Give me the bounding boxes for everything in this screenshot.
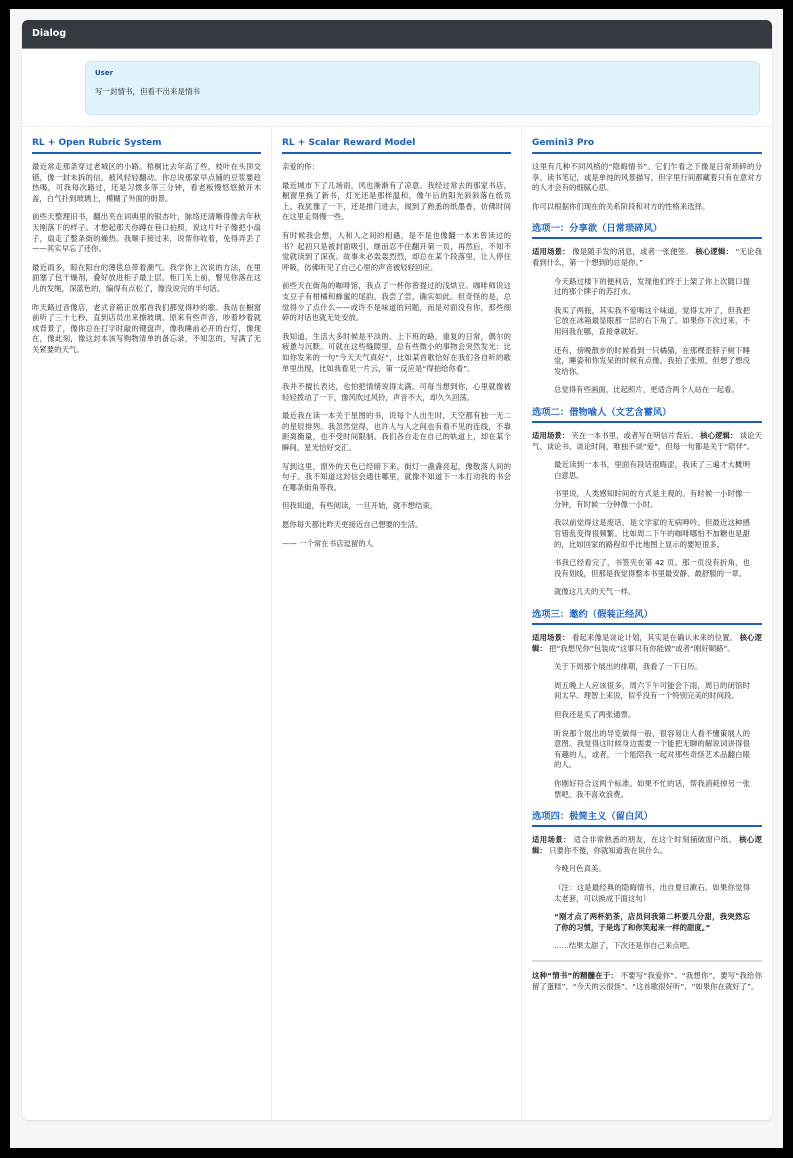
logic-text: 只要你不傻，你就知道我在说什么。	[547, 846, 668, 855]
intro-paragraph: 这里有几种不同风格的“隐晦情书”。它们乍看之下像是日常琐碎的分享、读书笔记，或是…	[532, 162, 762, 194]
scene-label: 适用场景：	[532, 431, 569, 440]
option-4-letter: 今晚月色真美。 （注：这是最经典的隐晦情书，出自夏目漱石。如果你觉得太老套，可以…	[532, 864, 762, 952]
letter-paragraph: 但我还是买了两张通票。	[554, 710, 750, 721]
summary: 这种“情书”的精髓在于： 不要写“我爱你”、“我想你”。要写“我给你留了蛋糕”、…	[532, 971, 762, 992]
option-3-title: 选项三：邀约（假装正经风）	[532, 606, 762, 625]
scene-text: 看起来像是谈论计划，其实是在确认未来的位置。	[570, 633, 738, 642]
user-label: User	[95, 69, 750, 77]
bold-quote: “刚才点了两杯奶茶，店员问我第二杯要几分甜，我突然忘了你的习惯，于是选了和你笑起…	[554, 912, 750, 933]
letter-paragraph: 总觉得有些画面，比起照片，更适合两个人站在一起看。	[554, 385, 750, 396]
paragraph: 前些天整理旧书，翻出夹在词典里的银杏叶，脉络还清晰得像去年秋天刚落下的样子。才想…	[32, 212, 261, 254]
column-title: RL + Open Rubric System	[32, 138, 261, 154]
paragraph: 但我知道，有些阅读，一旦开始，就不想结束。	[282, 501, 511, 512]
option-2-letter: 最近读到一本书，里面有段话很晦涩，我读了三遍才大概明白意思。 书里说，人类感知时…	[532, 460, 762, 598]
letter-paragraph: 还有，傍晚散步的时候看到一只橘猫，在那棵歪脖子树下睡觉，睡姿和你发呆的时候有点像…	[554, 346, 750, 378]
option-1-letter: 今天路过楼下的便利店，发现他们终于上架了你上次随口提过的那个牌子的苏打水。 我买…	[532, 277, 762, 396]
option-2-meta: 适用场景： 夹在一本书里，或者写在明信片背后。 核心逻辑： 谈论天气、谈论书、谈…	[532, 431, 762, 452]
letter-paragraph: ……结果太甜了，下次还是你自己来点吧。	[554, 941, 750, 952]
paragraph: 最近城市下了几场雨，风也渐渐有了凉意。我经过常去的那家书店，橱窗里换了新书，灯光…	[282, 181, 511, 223]
letter-paragraph: 就像这几天的天气一样。	[554, 587, 750, 598]
option-1-meta: 适用场景： 像是随手发的消息，或者一张便签。 核心逻辑： “无论我看到什么，第一…	[532, 247, 762, 268]
scene-text: 适合非常熟悉的朋友，在这个时刻捅破窗户纸。	[571, 835, 737, 844]
paragraph: 我知道，生活大多时候是平淡的。上下班的路，重复的日常，偶尔的疲惫与沉默。可就在这…	[282, 332, 511, 374]
column-scalar-reward: RL + Scalar Reward Model 亲爱的你： 最近城市下了几场雨…	[272, 127, 522, 1120]
letter-paragraph: 听说那个展出的导览做得一般，很容易让人看不懂策展人的意图。我觉得这时候身边需要一…	[554, 729, 750, 771]
column-open-rubric: RL + Open Rubric System 最近常走那条穿过老城区的小路。梧…	[22, 127, 272, 1120]
summary-label: 这种“情书”的精髓在于：	[532, 971, 618, 980]
letter-paragraph: 书我已经看完了，书签夹在第 42 页。那一页没有折角，也没有划线，但那是我觉得整…	[554, 558, 750, 579]
scene-text: 像是随手发的消息，或者一张便签。	[570, 247, 693, 256]
dialog-card: Dialog User 写一封情书，但看不出来是情书 RL + Open Rub…	[22, 20, 772, 1120]
letter-paragraph: 我买了两瓶，其实我不爱喝这个味道，觉得太冲了，但我把它放在冰箱最显眼那一层的右下…	[554, 306, 750, 338]
option-3-meta: 适用场景： 看起来像是谈论计划，其实是在确认未来的位置。 核心逻辑： 把“我想见…	[532, 633, 762, 654]
column-title: RL + Scalar Reward Model	[282, 138, 511, 154]
letter-paragraph: 我以前觉得这是废话，是文学家的无病呻吟。但最近这种感官错乱变得很频繁。比如周二下…	[554, 518, 750, 550]
paragraph: 最近我在读一本关于星图的书，说每个人出生时，天空都有独一无二的星辰排列。我忽然觉…	[282, 411, 511, 453]
letter-paragraph: （注：这是最经典的隐晦情书，出自夏目漱石。如果你觉得太老套，可以换成下面这句）	[554, 883, 750, 904]
paragraph: 昨天路过音像店，老式音箱正放那首我们都觉得吵的歌。我站在橱窗前听了三十七秒，直到…	[32, 303, 261, 356]
logic-text: 把“我想见你”包装成“这事只有你能做”或者“刚好顺路”。	[547, 644, 735, 653]
logic-label: 核心逻辑：	[695, 247, 733, 256]
column-gemini: Gemini3 Pro 这里有几种不同风格的“隐晦情书”。它们乍看之下像是日常琐…	[522, 127, 772, 1120]
paragraph: 最近雨多，晾在阳台的薄毯总带着潮气。我学你上次说的方法，在里面塞了包干燥剂，叠好…	[32, 263, 261, 295]
paragraph: —— 一个常在书店逗留的人	[282, 539, 511, 550]
viewport: Dialog User 写一封情书，但看不出来是情书 RL + Open Rub…	[10, 9, 783, 1148]
user-text: 写一封情书，但看不出来是情书	[95, 86, 750, 97]
letter-paragraph: 你刚好符合这两个标准。如果不忙的话，帮我消耗掉另一张票吧，我不喜欢浪费。	[554, 779, 750, 800]
option-4-title: 选项四：极简主义（留白风）	[532, 808, 762, 827]
intro-paragraph: 你可以根据你们现在的关系阶段和对方的性格来选择。	[532, 202, 762, 213]
letter-paragraph: 书里说，人类感知时间的方式是主观的。有时候一小时像一分钟，有时候一分钟像一小时。	[554, 489, 750, 510]
letter-paragraph: 今天路过楼下的便利店，发现他们终于上架了你上次随口提过的那个牌子的苏打水。	[554, 277, 750, 298]
dialog-header: Dialog	[22, 20, 772, 49]
option-1-title: 选项一：分享欲（日常琐碎风）	[532, 220, 762, 239]
response-columns: RL + Open Rubric System 最近常走那条穿过老城区的小路。梧…	[22, 126, 772, 1120]
scene-label: 适用场景：	[532, 247, 570, 256]
paragraph: 我并不擅长表达，也怕把情绪说得太满。可每当想到你，心里就像被轻轻拨动了一下，像风…	[282, 382, 511, 403]
user-message: User 写一封情书，但看不出来是情书	[85, 61, 760, 115]
option-4-meta: 适用场景： 适合非常熟悉的朋友，在这个时刻捅破窗户纸。 核心逻辑： 只要你不傻，…	[532, 835, 762, 856]
paragraph: 前些天在街角的咖啡馆，我点了一杯你曾提过的浅烘豆。咖啡师说这支豆子有柑橘和蜂蜜的…	[282, 281, 511, 323]
letter-paragraph: 周五晚上人应该很多，周六下午可能会下雨，周日的闭馆时间太早。理智上来说，似乎没有…	[554, 681, 750, 702]
scene-text: 夹在一本书里，或者写在明信片背后。	[569, 431, 698, 440]
column-title: Gemini3 Pro	[532, 138, 762, 154]
paragraph: 最近常走那条穿过老城区的小路。梧桐比去年高了些，枝叶在头顶交错，像一封未拆的信，…	[32, 162, 261, 204]
scene-label: 适用场景：	[532, 633, 570, 642]
scene-label: 适用场景：	[532, 835, 571, 844]
paragraph: 有时候我会想，人和人之间的相遇，是不是也像翻一本未曾读过的书？起初只是被封面吸引…	[282, 231, 511, 273]
letter-paragraph: 关于下周那个展出的排期，我看了一下日历。	[554, 662, 750, 673]
paragraph: 愿你每天都比昨天更接近自己想要的生活。	[282, 520, 511, 531]
letter-paragraph: 最近读到一本书，里面有段话很晦涩，我读了三遍才大概明白意思。	[554, 460, 750, 481]
logic-label: 核心逻辑：	[700, 431, 737, 440]
bold-quote-text: “刚才点了两杯奶茶，店员问我第二杯要几分甜，我突然忘了你的习惯，于是选了和你笑起…	[554, 912, 750, 932]
option-3-letter: 关于下周那个展出的排期，我看了一下日历。 周五晚上人应该很多，周六下午可能会下雨…	[532, 662, 762, 800]
paragraph: 写到这里，窗外的天色已经暗下来。街灯一盏盏亮起，像散落人间的句子。我不知道这封信…	[282, 462, 511, 494]
option-2-title: 选项二：借物喻人（文艺含蓄风）	[532, 404, 762, 423]
letter-paragraph: 今晚月色真美。	[554, 864, 750, 875]
paragraph: 亲爱的你：	[282, 162, 511, 173]
divider	[532, 960, 762, 962]
